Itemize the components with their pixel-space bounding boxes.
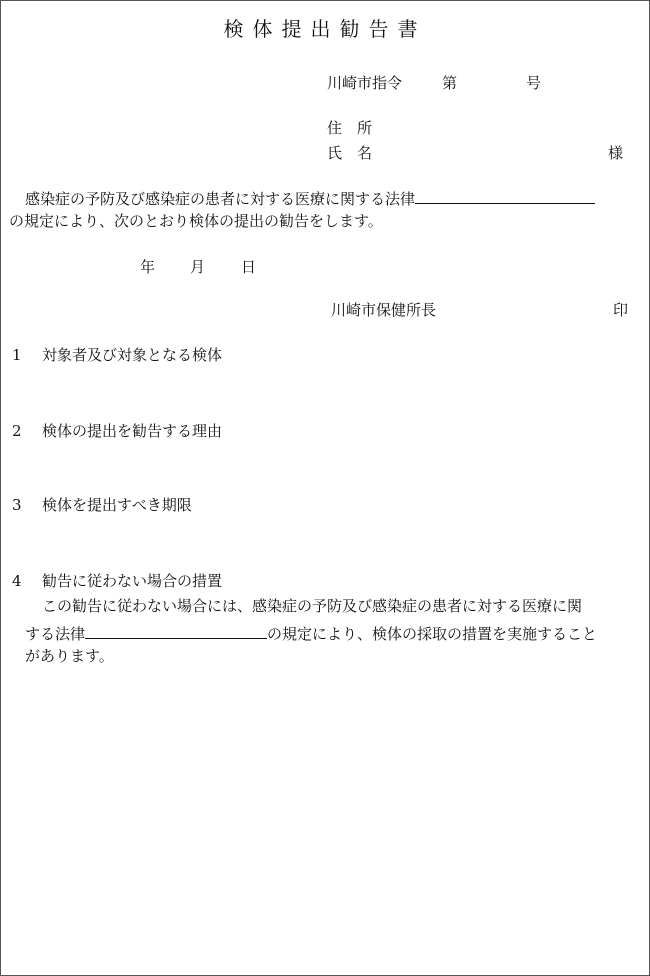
intro-line-2: の規定により、次のとおり検体の提出の勧告をします。 [9,214,383,229]
section-4-body-line-3: があります。 [25,649,114,664]
section-1-heading: 対象者及び対象となる検体 [42,348,222,363]
order-number-dai: 第 [442,76,457,91]
date-month: 月 [190,260,205,275]
date-day: 日 [241,260,256,275]
honorific-sama: 様 [608,146,623,161]
issuer-name: 川崎市保健所長 [331,303,436,318]
intro-line-1: 感染症の予防及び感染症の患者に対する医療に関する法律 [25,189,595,207]
section-3-heading: 検体を提出すべき期限 [42,498,192,513]
address-label: 住 所 [327,121,372,136]
date-year: 年 [140,260,155,275]
section-2-number: 2 [12,424,22,439]
document-page: 検体提出勧告書 川崎市指令 第 号 住 所 氏 名 様 感染症の予防及び感染症の… [0,0,650,976]
section-2-heading: 検体の提出を勧告する理由 [42,424,222,439]
section-4-body-line-2: する法律の規定により、検体の採取の措置を実施すること [25,624,597,642]
section-1-number: 1 [12,348,22,363]
issuer-seal: 印 [613,303,628,318]
order-number-prefix: 川崎市指令 [327,76,402,91]
law-article-blank-2 [85,624,267,639]
intro-line-1-text: 感染症の予防及び感染症の患者に対する医療に関する法律 [25,190,415,208]
section-4-body-line-2a: する法律 [25,625,85,643]
document-title: 検体提出勧告書 [1,19,649,39]
section-4-heading: 勧告に従わない場合の措置 [42,574,222,589]
section-4-body-line-2b: の規定により、検体の採取の措置を実施すること [267,625,597,643]
section-4-body-line-1: この勧告に従わない場合には、感染症の予防及び感染症の患者に対する医療に関 [42,599,582,614]
name-label: 氏 名 [327,146,372,161]
section-3-number: 3 [12,498,22,513]
law-article-blank [415,189,595,204]
section-4-number: 4 [12,574,22,589]
order-number-go: 号 [526,76,541,91]
